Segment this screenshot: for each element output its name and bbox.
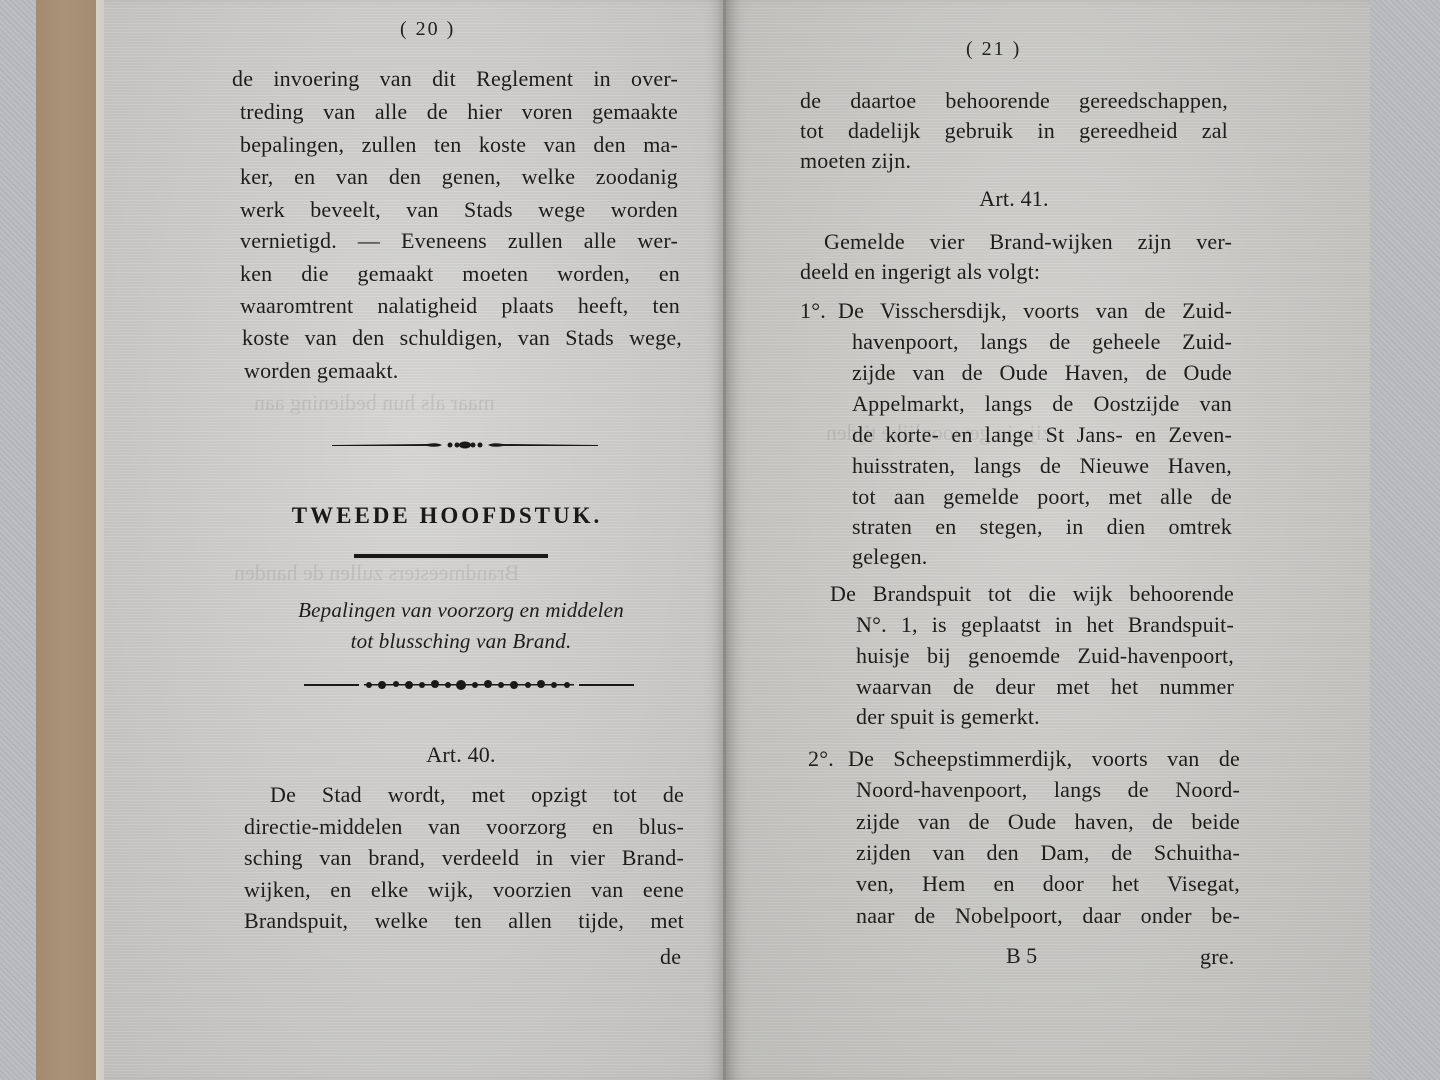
article-line: wijken, en elke wijk, voorzien van eene <box>244 877 684 903</box>
list-item-line: ven, Hem en door het Visegat, <box>856 871 1240 897</box>
text-line: ker, en van den genen, welke zoodanig <box>240 164 678 190</box>
article-intro-line: deeld en ingerigt als volgt: <box>800 259 1040 285</box>
article-line: directie-middelen van voorzorg en blus- <box>244 814 684 840</box>
text-line: tot dadelijk gebruik in gereedheid zal <box>800 118 1228 144</box>
text-line: ken die gemaakt moeten worden, en <box>240 261 680 287</box>
paragraph-line: N°. 1, is geplaatst in het Brandspuit- <box>856 612 1234 638</box>
list-item-line: tot aan gemelde poort, met alle de <box>852 484 1232 510</box>
text-line: bepalingen, zullen ten koste van den ma- <box>240 132 678 158</box>
article-line: sching van brand, verdeeld in vier Brand… <box>244 845 684 871</box>
list-item-line: gelegen. <box>852 544 928 570</box>
text-line: koste van den schuldigen, van Stads wege… <box>242 325 682 351</box>
book-cover-spine <box>36 0 104 1080</box>
list-item-line: Appelmarkt, langs de Oostzijde van <box>852 391 1232 417</box>
catchword: de <box>660 944 681 970</box>
show-through-text: maar als hun bediening aan <box>254 390 495 416</box>
text-line: moeten zijn. <box>800 148 911 174</box>
list-item-line: straten en stegen, in dien omtrek <box>852 514 1232 540</box>
text-line: de invoering van dit Reglement in over- <box>232 66 678 92</box>
article-line: Brandspuit, welke ten allen tijde, met <box>244 908 684 934</box>
article-line: De Stad wordt, met opzigt tot de <box>270 782 684 808</box>
ornamental-divider <box>332 436 598 448</box>
signature-mark: B 5 <box>1006 943 1037 969</box>
paragraph-line: waarvan de deur met het nummer <box>856 674 1234 700</box>
list-item-line: de korte- en lange St Jans- en Zeven- <box>852 422 1232 448</box>
ornament-icon <box>332 439 598 451</box>
chapter-subtitle-line: Bepalingen van voorzorg en middelen <box>254 598 668 623</box>
list-item-line: Noord-havenpoort, langs de Noord- <box>856 777 1240 803</box>
page-number: ( 21 ) <box>966 38 1021 61</box>
right-page: zijn in gewoonlijke tijden ( 21 ) de daa… <box>726 0 1370 1080</box>
article-intro-line: Gemelde vier Brand-wijken zijn ver- <box>824 229 1232 255</box>
article-title: Art. 41. <box>800 186 1228 212</box>
show-through-text: Brandmeesters zullen de handen <box>234 560 519 586</box>
floral-divider <box>304 677 634 693</box>
chapter-subtitle-line: tot blussching van Brand. <box>254 629 668 654</box>
list-marker: 1°. <box>800 298 826 324</box>
heading-rule <box>354 554 548 558</box>
list-item-line: zijde van de Oude Haven, de Oude <box>852 360 1232 386</box>
text-line: treding van alle de hier voren gemaakte <box>240 99 678 125</box>
left-page: maar als hun bediening aan Brandmeesters… <box>104 0 726 1080</box>
list-item-line: zijden van den Dam, de Schuitha- <box>856 840 1240 866</box>
chapter-heading: TWEEDE HOOFDSTUK. <box>264 503 630 529</box>
text-line: waaromtrent nalatigheid plaats heeft, te… <box>240 293 680 319</box>
list-item-line: De Scheepstimmerdijk, voorts van de <box>848 746 1240 772</box>
text-line: de daartoe behoorende gereedschappen, <box>800 88 1228 114</box>
list-item-line: De Visschersdijk, voorts van de Zuid- <box>838 298 1232 324</box>
list-marker: 2°. <box>808 746 834 772</box>
article-title: Art. 40. <box>254 742 668 768</box>
paragraph-line: huisje bij genoemde Zuid-havenpoort, <box>856 643 1234 669</box>
catchword: gre. <box>1200 944 1234 970</box>
text-line: vernietigd. — Eveneens zullen alle wer- <box>240 228 678 254</box>
floral-ornament-icon <box>304 677 634 693</box>
text-line: worden gemaakt. <box>244 358 399 384</box>
list-item-line: zijde van de Oude haven, de beide <box>856 809 1240 835</box>
paragraph-line: der spuit is gemerkt. <box>856 704 1040 730</box>
text-line: werk beveelt, van Stads wege worden <box>240 197 678 223</box>
page-number: ( 20 ) <box>400 18 455 41</box>
paragraph-line: De Brandspuit tot die wijk behoorende <box>830 581 1234 607</box>
list-item-line: havenpoort, langs de geheele Zuid- <box>852 329 1232 355</box>
list-item-line: huisstraten, langs de Nieuwe Haven, <box>852 453 1232 479</box>
list-item-line: naar de Nobelpoort, daar onder be- <box>856 903 1240 929</box>
